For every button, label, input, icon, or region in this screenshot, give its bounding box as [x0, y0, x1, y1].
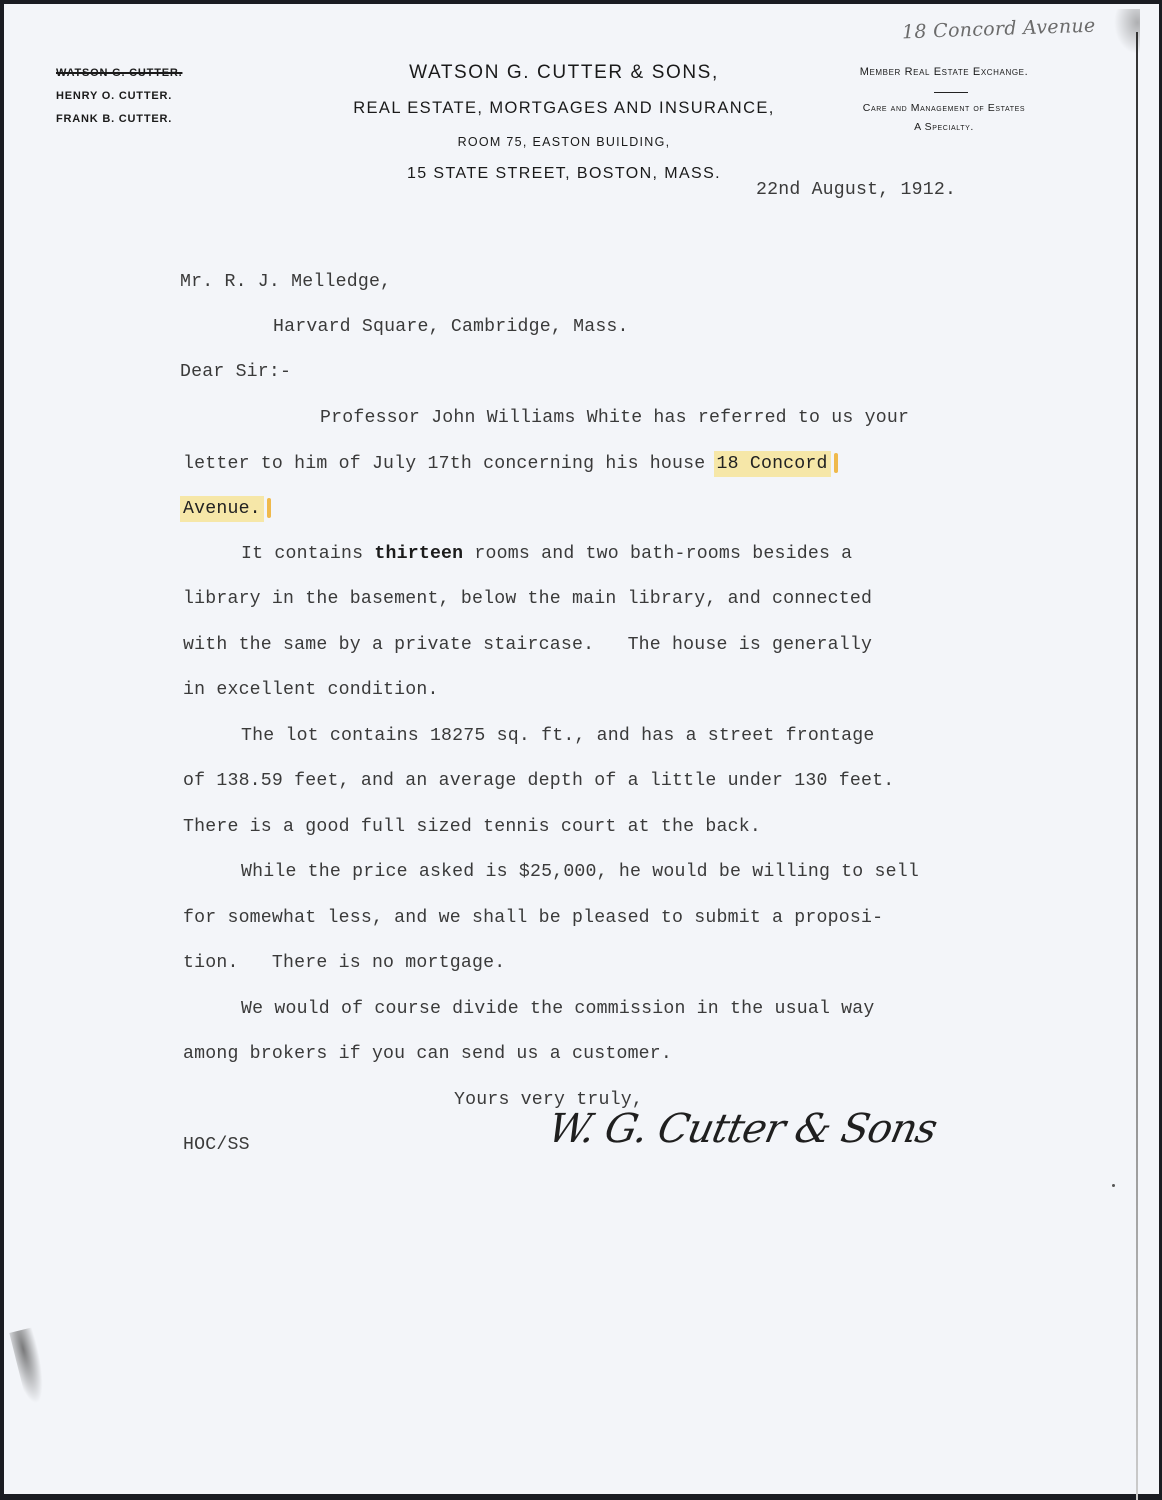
typist-initials: HOC/SS	[183, 1135, 250, 1155]
highlight-mark	[267, 498, 271, 518]
recipient-address: Harvard Square, Cambridge, Mass.	[273, 317, 629, 337]
firm-business: REAL ESTATE, MORTGAGES AND INSURANCE,	[324, 99, 804, 118]
firm-room: ROOM 75, EASTON BUILDING,	[324, 135, 804, 149]
letter-date: 22nd August, 1912.	[756, 180, 956, 200]
body-line: with the same by a private staircase. Th…	[183, 635, 872, 655]
body-line: There is a good full sized tennis court …	[183, 817, 761, 837]
member-exchange: Member Real Estate Exchange.	[824, 66, 1064, 78]
handwritten-address-note: 18 Concord Avenue	[902, 15, 1096, 44]
letterhead-divider	[934, 92, 968, 93]
body-line: of 138.59 feet, and an average depth of …	[183, 771, 894, 791]
partner-name: WATSON G. CUTTER.	[56, 62, 182, 85]
highlight-mark	[834, 453, 838, 473]
body-line: library in the basement, below the main …	[183, 589, 872, 609]
letter-page: 18 Concord Avenue WATSON G. CUTTER. HENR…	[4, 4, 1159, 1494]
firm-name: WATSON G. CUTTER & SONS,	[324, 62, 804, 84]
partner-name: FRANK B. CUTTER.	[56, 108, 182, 131]
salutation: Dear Sir:-	[180, 362, 291, 382]
body-line: in excellent condition.	[183, 680, 439, 700]
body-line: tion. There is no mortgage.	[183, 953, 505, 973]
care-management: Care and Management of Estates	[824, 102, 1064, 114]
partner-name: HENRY O. CUTTER.	[56, 85, 182, 108]
paper-edge-line	[1136, 32, 1138, 1500]
body-line: among brokers if you can send us a custo…	[183, 1044, 672, 1064]
body-line: It contains thirteen rooms and two bath-…	[241, 544, 852, 564]
body-line: The lot contains 18275 sq. ft., and has …	[241, 726, 875, 746]
highlighted-address: Avenue.	[183, 499, 261, 519]
recipient-name: Mr. R. J. Melledge,	[180, 272, 391, 292]
signature: W. G. Cutter & Sons	[544, 1106, 940, 1152]
body-line: Avenue.	[183, 498, 271, 519]
body-line: While the price asked is $25,000, he wou…	[241, 862, 919, 882]
paper-speck	[1112, 1184, 1115, 1187]
body-line: We would of course divide the commission…	[241, 999, 875, 1019]
firm-street: 15 STATE STREET, BOSTON, MASS.	[324, 165, 804, 183]
ink-smudge	[9, 1327, 50, 1406]
body-line: letter to him of July 17th concerning hi…	[183, 453, 838, 474]
body-line: for somewhat less, and we shall be pleas…	[183, 908, 883, 928]
specialty: A Specialty.	[824, 121, 1064, 133]
body-line: Professor John Williams White has referr…	[320, 408, 909, 428]
highlighted-address: 18 Concord	[717, 454, 828, 474]
partners-list: WATSON G. CUTTER. HENRY O. CUTTER. FRANK…	[56, 62, 182, 131]
